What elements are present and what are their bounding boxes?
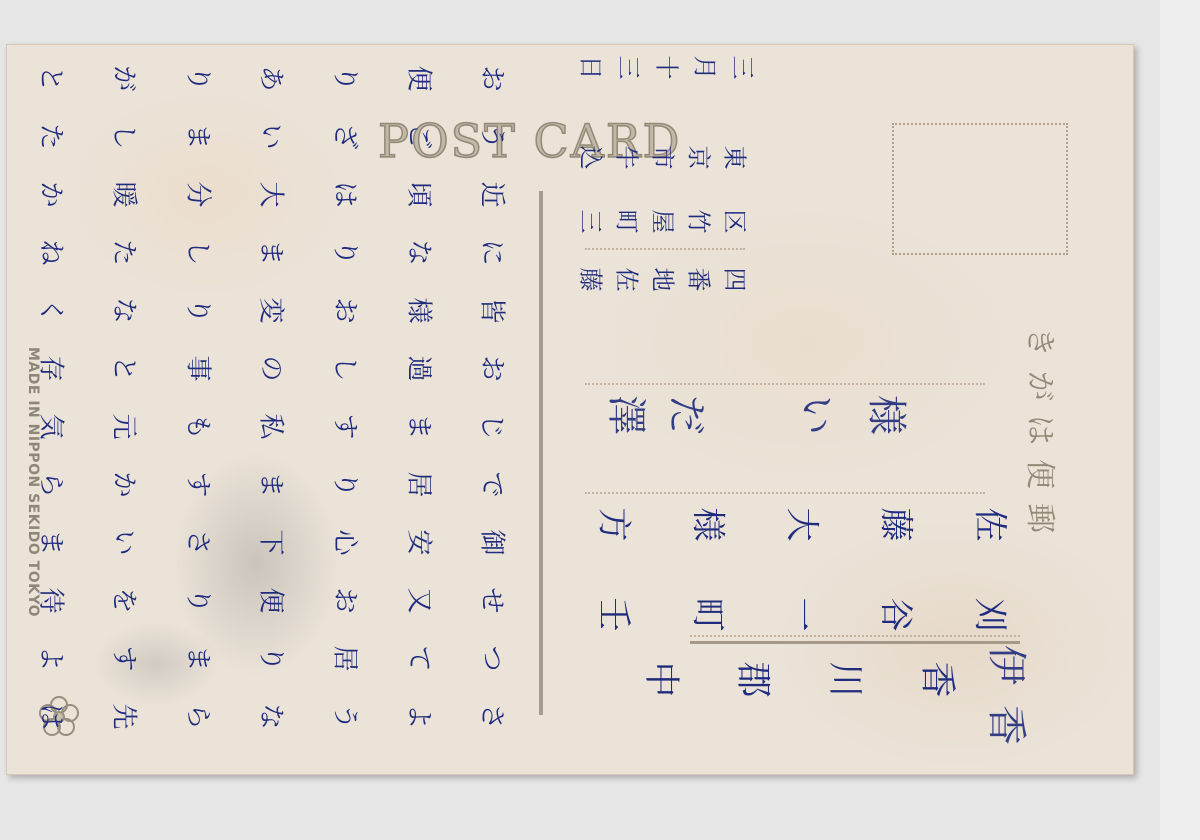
- message-area: と が り あ り 便 お た し ま い ざ ご う か 暖 分 大 は 頃 …: [16, 60, 531, 760]
- handwritten-char: で: [476, 471, 513, 497]
- handwritten-char: 屋: [648, 210, 683, 234]
- handwritten-char: し: [108, 123, 145, 149]
- handwritten-char: 過: [402, 355, 439, 381]
- handwritten-char: 月: [690, 56, 725, 80]
- handwritten-char: 日: [576, 56, 611, 80]
- handwritten-char: い: [795, 395, 837, 435]
- handwritten-char: ご: [402, 123, 439, 149]
- handwritten-char: 番: [684, 268, 719, 292]
- handwritten-char: り: [329, 239, 366, 265]
- handwritten-char: 私: [255, 413, 292, 439]
- message-row: 存 と 事 の し 過 お: [16, 350, 531, 387]
- handwritten-char: う: [476, 123, 513, 149]
- handwritten-char: 三: [576, 210, 611, 234]
- handwritten-char: 佐: [969, 508, 1018, 542]
- handwritten-char: り: [329, 471, 366, 497]
- sender-row-2: 三 町 屋 竹 区: [581, 204, 749, 239]
- handwritten-char: 先: [108, 703, 145, 729]
- handwritten-char: り: [329, 65, 366, 91]
- handwritten-char: 壬: [593, 598, 642, 632]
- handwritten-char: ま: [181, 123, 218, 149]
- hagaki-label: き が は 便 郵: [1019, 324, 1059, 536]
- handwritten-char: て: [402, 645, 439, 671]
- handwritten-char: ま: [181, 645, 218, 671]
- handwritten-char: い: [108, 529, 145, 555]
- handwritten-char: 一: [781, 598, 830, 632]
- handwritten-char: 便: [402, 65, 439, 91]
- handwritten-char: 様: [402, 297, 439, 323]
- handwritten-char: 待: [34, 587, 71, 613]
- handwritten-char: も: [181, 413, 218, 439]
- address-dotted-line: [585, 383, 985, 385]
- handwritten-char: 郡: [731, 661, 782, 697]
- handwritten-char: 谷: [875, 598, 924, 632]
- handwritten-char: 存: [34, 355, 71, 381]
- handwritten-char: ま: [402, 413, 439, 439]
- handwritten-char: 居: [402, 471, 439, 497]
- handwritten-char: と: [108, 355, 145, 381]
- message-row: た し ま い ざ ご う: [16, 118, 531, 155]
- sender-dotted-line: [585, 248, 745, 250]
- handwritten-char: 竹: [684, 210, 719, 234]
- handwritten-char: は: [329, 181, 366, 207]
- handwritten-char: 込: [576, 146, 611, 170]
- handwritten-char: 四: [720, 268, 755, 292]
- handwritten-char: な: [255, 703, 292, 729]
- handwritten-char: 十: [652, 56, 687, 80]
- recipient-line-name: 様: [866, 394, 906, 436]
- message-row: は 先 ら な う よ さ: [16, 698, 531, 735]
- handwritten-char: ま: [34, 529, 71, 555]
- handwritten-char: か: [108, 471, 145, 497]
- handwritten-char: を: [108, 587, 145, 613]
- handwritten-char: 大: [781, 508, 830, 542]
- background-strip: [1160, 0, 1200, 840]
- message-row: よ す ま り 居 て つ: [16, 640, 531, 677]
- handwritten-char: 京: [684, 146, 719, 170]
- handwritten-char: り: [255, 645, 292, 671]
- handwritten-char: と: [34, 65, 71, 91]
- handwritten-char: 居: [329, 645, 366, 671]
- handwritten-char: か: [34, 181, 71, 207]
- handwritten-char: り: [181, 65, 218, 91]
- sender-row-3: 藤 佐 地 番 四: [581, 262, 749, 297]
- handwritten-char: お: [329, 297, 366, 323]
- handwritten-char: お: [476, 355, 513, 381]
- handwritten-char: せ: [476, 587, 513, 613]
- handwritten-char: 佐: [612, 268, 647, 292]
- handwritten-char: さ: [181, 529, 218, 555]
- hagaki-char: が: [1021, 371, 1057, 401]
- handwritten-char: に: [476, 239, 513, 265]
- handwritten-char: 近: [476, 181, 513, 207]
- handwritten-char: 様: [687, 508, 736, 542]
- sender-row-1: 込 牛 市 京 東: [581, 140, 749, 175]
- handwritten-char: 東: [720, 146, 755, 170]
- recipient-row-1: 壬 町 一 谷 刈: [600, 590, 1010, 639]
- message-row: 気 元 も 私 す ま じ: [16, 408, 531, 445]
- message-row: ね た し ま り な に: [16, 234, 531, 271]
- handwritten-char: よ: [402, 703, 439, 729]
- address-dotted-line: [585, 492, 985, 494]
- handwritten-char: 頃: [402, 181, 439, 207]
- handwritten-char: 地: [648, 268, 683, 292]
- message-row: と が り あ り 便 お: [16, 60, 531, 97]
- handwritten-char: さ: [476, 703, 513, 729]
- recipient-row-0: 中 郡 川 香: [646, 654, 958, 705]
- handwritten-char: 藤: [875, 508, 924, 542]
- handwritten-char: ま: [255, 471, 292, 497]
- stamp-box: [892, 123, 1068, 255]
- message-row: ま い さ 下 心 安 御: [16, 524, 531, 561]
- handwritten-char: つ: [476, 645, 513, 671]
- handwritten-char: 中: [639, 661, 690, 697]
- recipient-line-name: だ: [666, 394, 706, 436]
- handwritten-char: 三: [614, 56, 649, 80]
- handwritten-char: 区: [720, 210, 755, 234]
- handwritten-char: 元: [108, 413, 145, 439]
- hagaki-char: は: [1021, 415, 1057, 445]
- handwritten-char: ら: [181, 703, 218, 729]
- handwritten-char: ね: [34, 239, 71, 265]
- handwritten-char: 香: [985, 705, 1027, 745]
- handwritten-char: 事: [181, 355, 218, 381]
- message-row: か 暖 分 大 は 頃 近: [16, 176, 531, 213]
- message-row: ら か す ま り 居 で: [16, 466, 531, 503]
- handwritten-char: な: [402, 239, 439, 265]
- handwritten-char: う: [329, 703, 366, 729]
- handwritten-char: 便: [255, 587, 292, 613]
- handwritten-char: 三: [728, 56, 763, 80]
- handwritten-char: 澤: [605, 395, 647, 435]
- handwritten-char: は: [34, 703, 71, 729]
- hagaki-char: き: [1021, 327, 1057, 357]
- handwritten-char: 伊: [985, 645, 1027, 685]
- handwritten-char: 御: [476, 529, 513, 555]
- message-row: 待 を り 便 お 又 せ: [16, 582, 531, 619]
- hagaki-char: 便: [1021, 459, 1057, 489]
- recipient-line-name: 澤: [606, 394, 646, 436]
- handwritten-char: た: [34, 123, 71, 149]
- handwritten-char: あ: [255, 65, 292, 91]
- handwritten-char: す: [329, 413, 366, 439]
- recipient-line-1: 伊 香: [986, 644, 1026, 746]
- sender-row-date: 日 三 十 月 三: [581, 50, 757, 85]
- handwritten-char: ざ: [329, 123, 366, 149]
- handwritten-char: り: [181, 587, 218, 613]
- handwritten-char: 下: [255, 529, 292, 555]
- handwritten-char: 牛: [612, 146, 647, 170]
- handwritten-char: い: [255, 123, 292, 149]
- handwritten-char: 町: [687, 598, 736, 632]
- handwritten-char: し: [181, 239, 218, 265]
- handwritten-char: 大: [255, 181, 292, 207]
- handwritten-char: 川: [823, 661, 874, 697]
- handwritten-char: じ: [476, 413, 513, 439]
- handwritten-char: 様: [865, 395, 907, 435]
- handwritten-char: す: [181, 471, 218, 497]
- handwritten-char: 又: [402, 587, 439, 613]
- handwritten-char: り: [181, 297, 218, 323]
- handwritten-char: お: [329, 587, 366, 613]
- hagaki-char: 郵: [1021, 503, 1057, 533]
- handwritten-char: し: [329, 355, 366, 381]
- handwritten-char: 安: [402, 529, 439, 555]
- handwritten-char: 市: [648, 146, 683, 170]
- handwritten-char: 刈: [969, 598, 1018, 632]
- handwritten-char: 暖: [108, 181, 145, 207]
- handwritten-char: ま: [255, 239, 292, 265]
- handwritten-char: す: [108, 645, 145, 671]
- handwritten-char: お: [476, 65, 513, 91]
- handwritten-char: よ: [34, 645, 71, 671]
- handwritten-char: 町: [612, 210, 647, 234]
- handwritten-char: 皆: [476, 297, 513, 323]
- message-row: く な り 変 お 様 皆: [16, 292, 531, 329]
- recipient-row-2: 方 様 大 藤 佐: [600, 500, 1010, 549]
- recipient-line-name: い: [796, 394, 836, 436]
- handwritten-char: の: [255, 355, 292, 381]
- handwritten-char: 変: [255, 297, 292, 323]
- handwritten-char: だ: [665, 395, 707, 435]
- handwritten-char: 方: [593, 508, 642, 542]
- divider-line: [539, 191, 543, 715]
- postcard: POST CARD き が は 便 郵 MADE IN NIPPON SEKID…: [6, 44, 1134, 775]
- handwritten-char: 気: [34, 413, 71, 439]
- handwritten-char: 香: [915, 661, 966, 697]
- handwritten-char: 分: [181, 181, 218, 207]
- handwritten-char: 藤: [576, 268, 611, 292]
- handwritten-char: 心: [329, 529, 366, 555]
- handwritten-char: ら: [34, 471, 71, 497]
- handwritten-char: た: [108, 239, 145, 265]
- handwritten-char: な: [108, 297, 145, 323]
- handwritten-char: が: [108, 65, 145, 91]
- handwritten-char: く: [34, 297, 71, 323]
- address-solid-line: [690, 641, 1020, 644]
